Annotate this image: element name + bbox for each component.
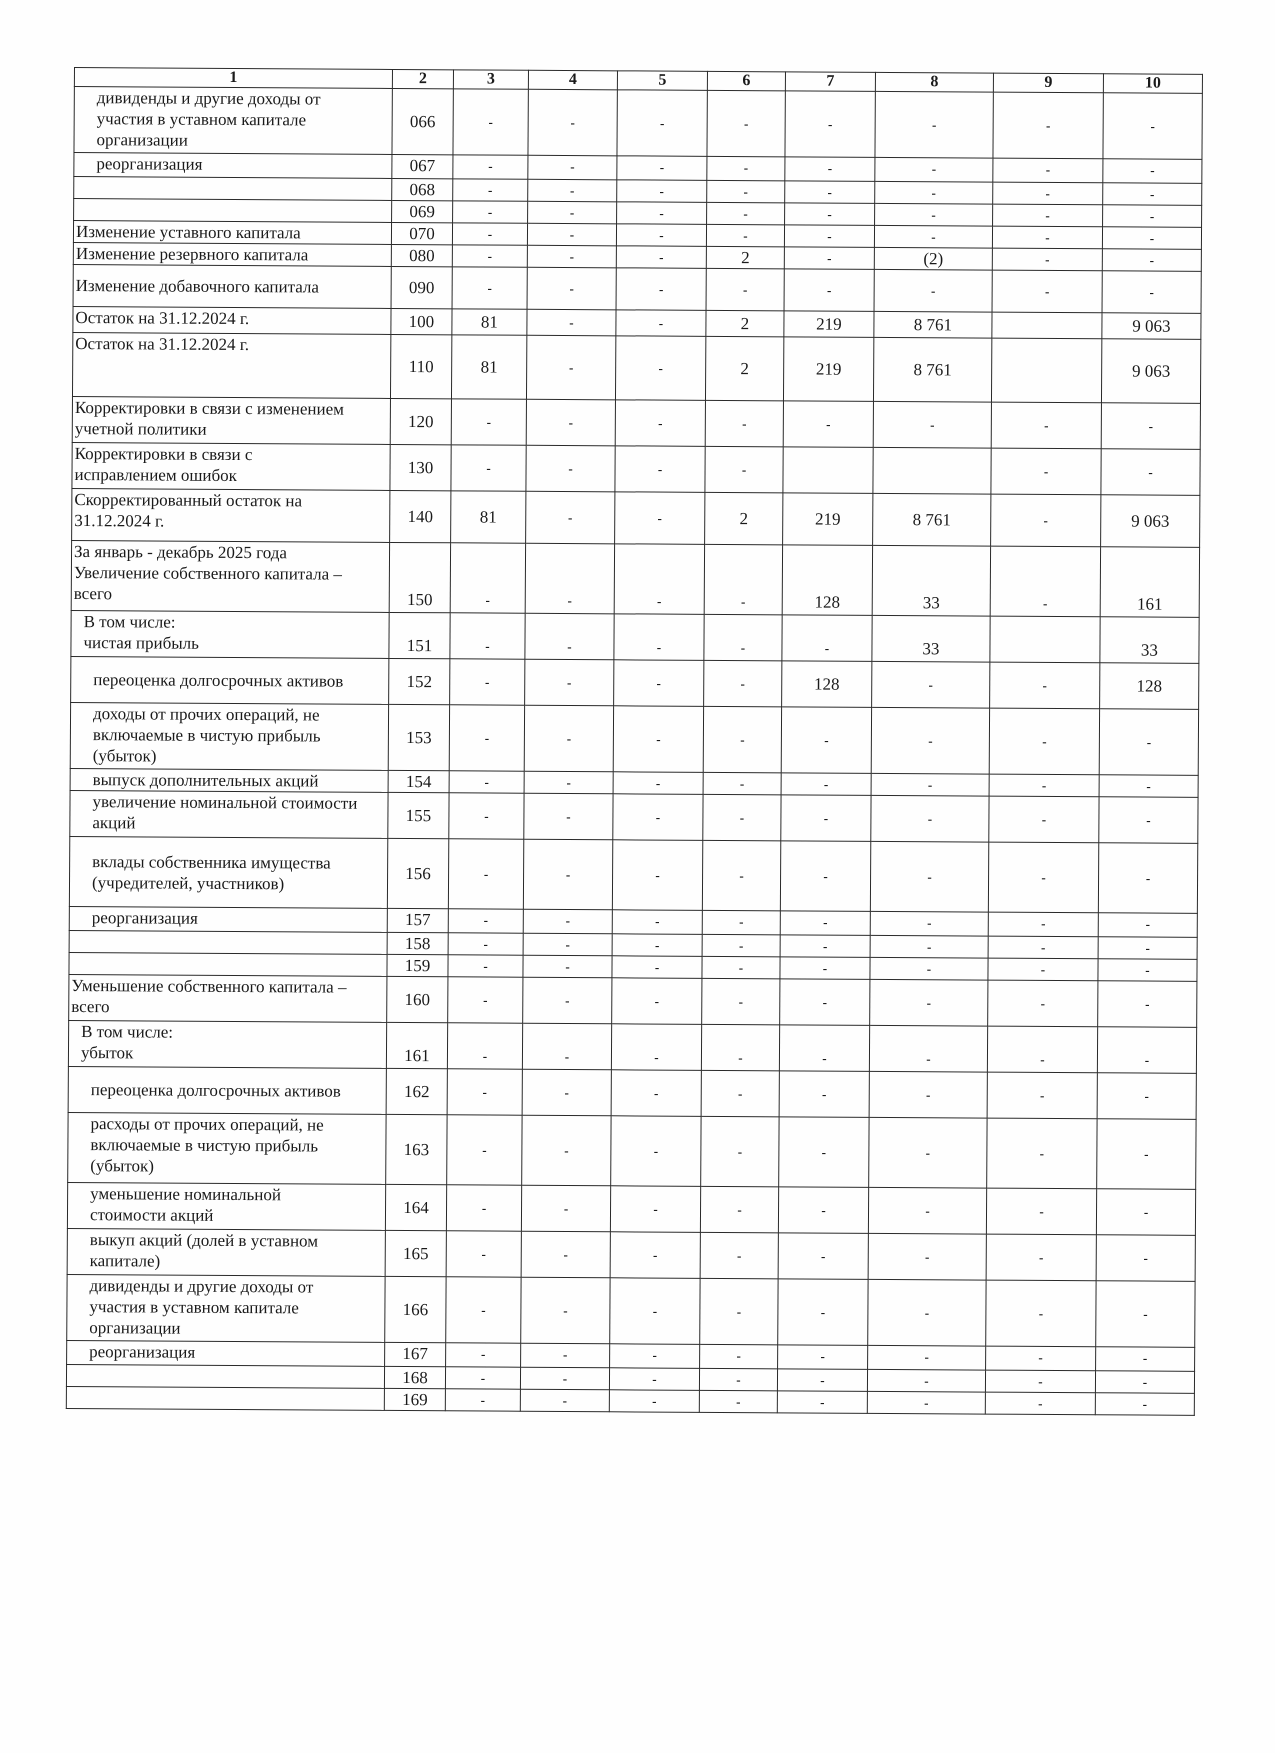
cell-col-5: - [616,246,706,269]
row-label-line: дивиденды и другие доходы от [89,1275,382,1298]
cell-col-9 [991,338,1101,403]
column-header: 10 [1103,74,1202,94]
row-label-line: Скорректированный остаток на [74,489,387,512]
row-code: 165 [385,1230,446,1276]
cell-col-10: - [1095,1371,1194,1394]
cell-col-5: - [610,1186,700,1233]
cell-col-3: 81 [451,335,526,399]
table-row: Уменьшение собственного капитала –всего1… [69,974,1197,1027]
table-row: Изменение добавочного капитала090-------… [73,264,1201,313]
row-label-line: учетной политики [75,418,388,441]
cell-col-6: - [707,180,785,202]
row-code: 155 [388,792,449,838]
cell-col-8: - [869,1025,987,1072]
cell-col-3: - [448,839,523,909]
row-label: увеличение номинальной стоимостиакций [70,790,388,838]
cell-col-3: - [448,909,523,933]
cell-col-6: - [704,614,782,660]
row-code: 080 [391,244,452,266]
cell-col-7: 219 [783,337,873,402]
cell-col-10: - [1102,271,1201,314]
row-label: выпуск дополнительных акций [70,768,388,792]
cell-col-5: - [612,956,702,979]
cell-col-9: - [987,1026,1097,1073]
row-label-line: Изменение добавочного капитала [76,275,389,298]
row-code: 157 [387,908,448,932]
cell-col-6: - [703,706,781,772]
cell-col-5: - [611,1024,701,1071]
table-row: Остаток на 31.12.2024 г.11081--22198 761… [72,332,1200,403]
row-label [69,930,387,954]
cell-col-9: - [991,448,1101,495]
cell-col-6: - [701,1024,779,1070]
row-label: реорганизация [74,153,392,179]
row-label-line: дивиденды и другие доходы от [97,87,390,110]
cell-col-5: - [612,910,702,935]
cell-col-5: - [610,1344,700,1369]
cell-col-7: - [781,707,871,774]
row-label-line: 31.12.2024 г. [74,510,387,533]
cell-col-6: - [702,934,780,956]
cell-col-6: 2 [705,336,783,400]
cell-col-6: 2 [706,310,784,336]
cell-col-10: - [1097,1073,1196,1120]
row-label-line: участия в уставном капитале [97,108,390,131]
cell-col-5: - [617,180,707,203]
cell-col-9: - [990,546,1100,617]
row-label-line: акций [92,812,385,835]
row-label-line: всего [71,996,384,1019]
row-code: 068 [392,178,453,200]
cell-col-10: - [1099,709,1198,776]
cell-col-4: - [523,955,612,978]
cell-col-5: - [609,1390,699,1413]
cell-col-4: - [525,613,614,660]
row-label: Изменение резервного капитала [73,242,391,266]
row-code: 067 [392,154,453,178]
cell-col-9: - [988,842,1098,913]
cell-col-6: - [702,956,780,978]
row-label-line: (учредителей, участников) [92,872,385,895]
cell-col-4: - [523,909,612,934]
cell-col-7: - [784,225,874,248]
cell-col-4: - [525,659,614,706]
cell-col-4: - [521,1277,610,1344]
row-label-line [69,1387,382,1389]
cell-col-5: - [611,1116,701,1187]
row-label: доходы от прочих операций, невключаемые … [70,702,388,770]
cell-col-10: - [1098,937,1197,960]
cell-col-3: - [446,1277,521,1343]
cell-col-6: - [700,1232,778,1278]
cell-col-8: - [867,1369,985,1392]
row-code: 130 [390,444,451,490]
row-label [69,952,387,976]
row-label-line: выпуск дополнительных акций [93,769,386,792]
row-code: 162 [386,1068,447,1114]
cell-col-4: - [527,245,616,268]
row-label: Уменьшение собственного капитала –всего [69,974,387,1022]
cell-col-3: - [448,955,523,977]
cell-col-10: 128 [1100,663,1199,710]
row-label-line [72,953,385,955]
cell-col-4: - [523,839,612,910]
cell-col-7: - [781,773,871,796]
row-label-line: убыток [81,1042,384,1065]
cell-col-10: - [1103,183,1202,206]
column-header: 9 [993,73,1103,93]
row-code: 166 [385,1276,446,1342]
cell-col-6: - [701,1116,779,1186]
table-row: За январь - декабрь 2025 годаУвеличение … [71,540,1199,617]
cell-col-7: 219 [783,493,873,546]
cell-col-8: - [870,911,988,936]
cell-col-7: - [782,615,872,662]
cell-col-3: 81 [451,491,526,543]
row-label-line [69,1365,382,1367]
cell-col-5: - [612,978,702,1025]
cell-col-3: - [451,399,526,445]
cell-col-5: - [616,310,706,337]
cell-col-9: - [987,1118,1097,1189]
row-code: 140 [390,490,451,542]
cell-col-3: - [453,89,528,155]
cell-col-6: - [701,1070,779,1116]
column-header: 7 [785,72,875,92]
cell-col-7: - [785,181,875,204]
row-label-line: исправлением ошибок [74,464,387,487]
cell-col-9: - [992,248,1102,271]
table-row: переоценка долгосрочных активов152----12… [71,656,1199,709]
cell-col-8: - [871,707,989,774]
cell-col-9: - [985,1370,1095,1393]
cell-col-8: 33 [872,545,990,616]
cell-col-9: - [993,204,1103,227]
cell-col-3: 81 [452,309,527,335]
row-label: выкуп акций (долей в уставномкапитале) [67,1228,385,1276]
row-label-line: (убыток) [93,745,386,768]
table-row: В том числе:чистая прибыль151-----3333 [71,610,1199,663]
cell-col-10: - [1099,775,1198,798]
cell-col-7 [783,447,873,494]
cell-col-3: - [446,1343,521,1367]
row-label: расходы от прочих операций, невключаемые… [68,1112,386,1184]
cell-col-6: - [705,400,783,446]
row-label-line: включаемые в чистую прибыль [90,1134,383,1157]
cell-col-10: - [1096,1189,1195,1236]
table-row: дивиденды и другие доходы отучастия в ус… [74,87,1202,160]
column-header: 6 [707,71,785,90]
cell-col-8: - [875,181,993,204]
cell-col-5: - [616,224,706,247]
cell-col-7: - [777,1369,867,1392]
column-header: 5 [617,71,707,91]
cell-col-5: - [617,156,707,181]
row-label-line: организации [89,1317,382,1340]
cell-col-10: - [1103,93,1202,160]
cell-col-8: - [868,1187,986,1234]
row-label [66,1386,384,1410]
row-label-line: реорганизация [89,1341,382,1364]
cell-col-8: - [868,1345,986,1370]
cell-col-8: 8 761 [874,311,992,338]
cell-col-6: - [702,910,780,934]
cell-col-7: - [780,841,870,912]
cell-col-8: - [875,203,993,226]
table-row: вклады собственника имущества(учредителе… [69,836,1197,913]
row-label-line: переоценка долгосрочных активов [91,1079,384,1102]
cell-col-4: - [521,1185,610,1232]
cell-col-3: - [447,1069,522,1115]
cell-col-7: 128 [782,661,872,708]
row-label-line: уменьшение номинальной [90,1183,383,1206]
cell-col-10: - [1096,1235,1195,1282]
cell-col-8: - [871,773,989,796]
row-label: Изменение уставного капитала [73,221,391,245]
row-label-line: реорганизация [92,907,385,930]
row-label-line: Корректировки в связи с [75,443,388,466]
row-label-line [76,199,389,201]
cell-col-9: - [991,494,1101,547]
cell-col-9: - [986,1234,1096,1281]
cell-col-9: - [989,708,1099,775]
cell-col-10: - [1102,227,1201,250]
cell-col-8: - [872,661,990,708]
cell-col-9: - [988,980,1098,1027]
row-code: 153 [388,704,449,770]
cell-col-8: - [869,1117,987,1188]
row-code: 069 [392,200,453,222]
row-label: Корректировки в связи с изменениемучетно… [72,396,390,444]
cell-col-4: - [527,223,616,246]
cell-col-10: - [1098,959,1197,982]
cell-col-9: - [992,270,1102,313]
cell-col-8: - [873,401,991,448]
cell-col-8: - [870,935,988,958]
cell-col-5: - [612,840,702,911]
cell-col-6: - [700,1278,778,1344]
cell-col-8: - [867,1391,985,1414]
cell-col-10: - [1097,1119,1196,1190]
row-label: дивиденды и другие доходы отучастия в ус… [74,87,392,155]
cell-col-7: - [778,1233,868,1280]
row-label-line: увеличение номинальной стоимости [92,791,385,814]
row-label-line: В том числе: [84,611,387,634]
cell-col-4: - [524,705,613,772]
cell-col-7: - [779,1117,869,1188]
cell-col-7: - [780,957,870,980]
cell-col-4: - [526,399,615,446]
cell-col-7: - [777,1391,867,1414]
row-label [74,177,392,201]
cell-col-9: - [989,774,1099,797]
cell-col-3: - [446,1231,521,1277]
row-code: 090 [391,266,452,308]
row-label-line: В том числе: [81,1021,384,1044]
cell-col-5: - [615,492,705,545]
cell-col-9: - [986,1188,1096,1235]
cell-col-10: - [1097,1027,1196,1074]
cell-col-8: - [869,1071,987,1118]
cell-col-10: 161 [1100,547,1199,618]
cell-col-4: - [524,771,613,794]
cell-col-7: - [779,1025,869,1072]
cell-col-10: - [1101,403,1200,450]
table-row: выкуп акций (долей в уставномкапитале)16… [67,1228,1195,1281]
cell-col-5: - [615,400,705,447]
cell-col-4: - [522,1069,611,1116]
row-label: Остаток на 31.12.2024 г. [73,306,391,334]
row-code: 164 [385,1184,446,1230]
row-code: 154 [388,770,449,792]
cell-col-10: - [1096,1347,1195,1372]
cell-col-7: - [785,203,875,226]
cell-col-3: - [447,1023,522,1069]
cell-col-6: 2 [706,246,784,268]
cell-col-5: - [617,90,707,157]
cell-col-7: - [783,401,873,448]
row-label-line: расходы от прочих операций, не [90,1113,383,1136]
row-label-line: Остаток на 31.12.2024 г. [75,307,388,330]
column-header: 2 [392,69,453,88]
cell-col-3: - [448,933,523,955]
cell-col-6: - [703,772,781,794]
column-header: 3 [453,70,528,89]
row-code: 156 [387,838,448,908]
cell-col-10: - [1102,249,1201,272]
cell-col-9: - [988,958,1098,981]
cell-col-3: - [453,201,528,223]
row-code: 169 [384,1388,445,1410]
row-label: Изменение добавочного капитала [73,264,391,308]
cell-col-9: - [993,182,1103,205]
cell-col-10: - [1096,1281,1195,1348]
cell-col-10: - [1103,159,1202,184]
row-label: Остаток на 31.12.2024 г. [72,332,390,398]
cell-col-3: - [450,543,525,613]
cell-col-7: - [784,247,874,270]
cell-col-10: 33 [1100,617,1199,664]
row-code: 120 [390,398,451,444]
row-code: 150 [389,542,450,612]
row-label-line: переоценка долгосрочных активов [93,669,386,692]
cell-col-7: - [781,795,871,842]
cell-col-3: - [450,613,525,659]
cell-col-9: - [988,912,1098,937]
cell-col-4: - [521,1343,610,1368]
cell-col-6: - [699,1368,777,1390]
cell-col-5: - [617,202,707,225]
cell-col-3: - [449,705,524,771]
row-label: уменьшение номинальнойстоимости акций [67,1182,385,1230]
row-label-line: стоимости акций [90,1204,383,1227]
row-label: реорганизация [69,906,387,932]
cell-col-9 [990,616,1100,663]
column-header: 8 [875,72,993,92]
cell-col-6: - [704,544,782,614]
cell-col-6: - [706,268,784,310]
row-label-line: Уменьшение собственного капитала – [71,975,384,998]
cell-col-10: 9 063 [1102,313,1201,340]
row-label [66,1364,384,1388]
cell-col-5: - [616,268,706,311]
cell-col-9 [992,312,1102,339]
cell-col-9: - [988,936,1098,959]
row-code: 161 [386,1022,447,1068]
cell-col-4: - [523,977,612,1024]
cell-col-6: - [702,840,780,910]
equity-changes-table: 1 2 3 4 5 6 7 8 9 10 дивиденды и другие … [66,67,1203,1416]
row-label-line: вклады собственника имущества [92,851,385,874]
cell-col-3: - [447,1115,522,1185]
cell-col-5: - [613,794,703,841]
row-label-line: включаемые в чистую прибыль [93,724,386,747]
cell-col-7: - [778,1279,868,1346]
row-label-line: доходы от прочих операций, не [93,703,386,726]
table-body: дивиденды и другие доходы отучастия в ус… [66,87,1202,1416]
cell-col-4: - [528,201,617,224]
cell-col-5: - [611,1070,701,1117]
cell-col-6: - [703,794,781,840]
cell-col-3: - [452,267,527,309]
cell-col-4: - [528,155,617,180]
row-label: реорганизация [67,1340,385,1366]
cell-col-5: - [615,336,705,401]
cell-col-6: - [707,202,785,224]
row-label: переоценка долгосрочных активов [68,1066,386,1114]
row-label: Скорректированный остаток на31.12.2024 г… [72,488,390,542]
cell-col-9: - [990,662,1100,709]
cell-col-4: - [523,933,612,956]
cell-col-3: - [446,1185,521,1231]
cell-col-10: - [1099,797,1198,844]
row-label-line: (убыток) [90,1155,383,1178]
cell-col-10: - [1103,205,1202,228]
row-label: вклады собственника имущества(учредителе… [69,836,387,908]
cell-col-7: - [778,1345,868,1370]
cell-col-5: - [614,544,704,615]
row-label: В том числе:чистая прибыль [71,610,389,658]
cell-col-8 [873,447,991,494]
scanned-page: 1 2 3 4 5 6 7 8 9 10 дивиденды и другие … [0,0,1275,1753]
cell-col-5: - [609,1368,699,1391]
cell-col-5: - [613,706,703,773]
row-label-line: участия в уставном капитале [89,1296,382,1319]
row-label-line: Корректировки в связи с изменением [75,397,388,420]
cell-col-9: - [987,1072,1097,1119]
cell-col-10: 9 063 [1101,339,1200,404]
cell-col-6: - [707,156,785,180]
row-label-line: Остаток на 31.12.2024 г. [75,333,388,356]
cell-col-4: - [522,1115,611,1186]
cell-col-4: - [521,1231,610,1278]
cell-col-6: - [704,660,782,706]
cell-col-5: - [615,446,705,493]
row-label-line: всего [74,583,387,606]
cell-col-4: - [528,89,617,156]
row-code: 158 [387,932,448,954]
row-label-line: капитале) [90,1250,383,1273]
cell-col-3: - [448,977,523,1023]
cell-col-3: - [452,223,527,245]
cell-col-7: - [785,157,875,182]
cell-col-8: 8 761 [873,493,991,546]
cell-col-4: - [522,1023,611,1070]
table-row: увеличение номинальной стоимостиакций155… [70,790,1198,843]
cell-col-7: - [784,269,874,312]
cell-col-8: - [870,979,988,1026]
cell-col-8: - [870,841,988,912]
